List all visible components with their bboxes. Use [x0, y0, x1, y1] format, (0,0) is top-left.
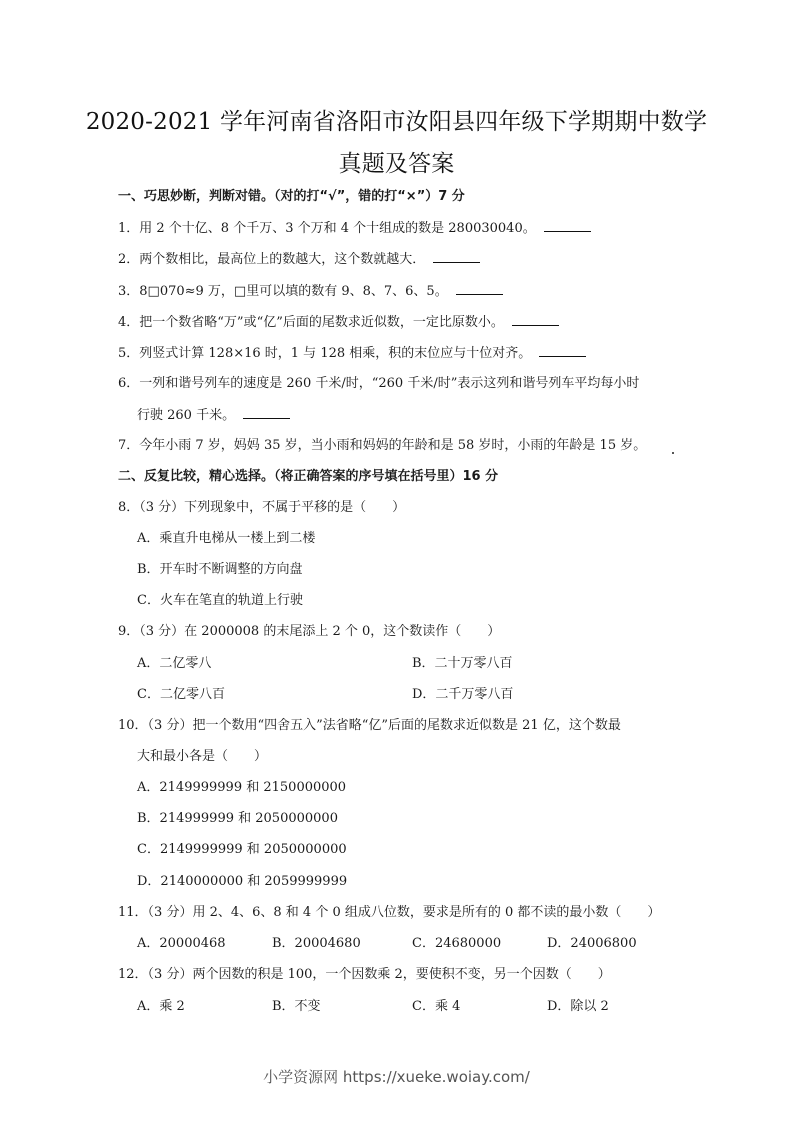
question-6: 6．一列和谐号列车的速度是 260 千米/时，“260 千米/时”表示这列和谐号…: [118, 375, 639, 393]
question-12: 12．（3 分）两个因数的积是 100，一个因数乘 2，要使积不变，另一个因数（…: [118, 966, 611, 984]
question-5-text: 5．列竖式计算 128×16 时，1 与 128 相乘，积的末位应与十位对齐。: [118, 346, 531, 361]
answer-blank-2[interactable]: [433, 250, 480, 263]
section-1-heading: 一、巧思妙断，判断对错。（对的打“√”，错的打“×”）7 分: [118, 188, 465, 206]
q10-option-a[interactable]: A．2149999999 和 2150000000: [137, 779, 346, 797]
question-4-text: 4．把一个数省略“万”或“亿”后面的尾数求近似数，一定比原数小。: [118, 315, 504, 330]
question-3: 3．8□070≈9 万，□里可以填的数有 9、8、7、6、5。: [118, 282, 503, 301]
footer-watermark: 小学资源网 https://xueke.woiay.com/: [0, 1066, 793, 1087]
q10-option-b[interactable]: B．214999999 和 2050000000: [137, 810, 338, 828]
question-6-cont: 行驶 260 千米。: [137, 406, 290, 425]
q9-option-b[interactable]: B．二十万零八百: [412, 655, 513, 673]
q11-option-b[interactable]: B．20004680: [272, 935, 361, 953]
q12-option-b[interactable]: B．不变: [272, 998, 321, 1016]
q10-option-d[interactable]: D．2140000000 和 2059999999: [137, 873, 347, 891]
answer-blank-3[interactable]: [456, 282, 503, 295]
q11-option-a[interactable]: A．20000468: [137, 935, 226, 953]
question-3-text: 3．8□070≈9 万，□里可以填的数有 9、8、7、6、5。: [118, 284, 448, 299]
q11-option-c[interactable]: C．24680000: [412, 935, 501, 953]
question-9: 9．（3 分）在 2000008 的末尾添上 2 个 0，这个数读作（ ）: [118, 623, 500, 641]
answer-blank-1[interactable]: [544, 219, 591, 232]
question-11: 11．（3 分）用 2、4、6、8 和 4 个 0 组成八位数，要求是所有的 0…: [118, 904, 660, 922]
section-2-heading: 二、反复比较，精心选择。（将正确答案的序号填在括号里）16 分: [118, 468, 498, 486]
question-7: 7．今年小雨 7 岁，妈妈 35 岁，当小雨和妈妈的年龄和是 58 岁时，小雨的…: [118, 437, 646, 455]
q11-option-d[interactable]: D．24006800: [547, 935, 637, 953]
title-line-2: 真题及答案: [0, 145, 793, 178]
question-6-cont-text: 行驶 260 千米。: [137, 408, 235, 423]
question-10-cont: 大和最小各是（ ）: [137, 748, 267, 766]
q12-option-d[interactable]: D．除以 2: [547, 998, 609, 1016]
question-10: 10．（3 分）把一个数用“四舍五入”法省略“亿”后面的尾数求近似数是 21 亿…: [118, 717, 621, 735]
q8-option-c[interactable]: C．火车在笔直的轨道上行驶: [137, 592, 303, 610]
answer-blank-6[interactable]: [243, 406, 290, 419]
question-1: 1．用 2 个十亿、8 个千万、3 个万和 4 个十组成的数是 28003004…: [118, 219, 591, 238]
q12-option-a[interactable]: A．乘 2: [137, 998, 185, 1016]
q12-option-c[interactable]: C．乘 4: [412, 998, 460, 1016]
q10-option-c[interactable]: C．2149999999 和 2050000000: [137, 841, 347, 859]
q8-option-b[interactable]: B．开车时不断调整的方向盘: [137, 561, 303, 579]
title-line-1: 2020-2021 学年河南省洛阳市汝阳县四年级下学期期中数学: [0, 103, 793, 136]
answer-blank-5[interactable]: [539, 344, 586, 357]
question-2: 2．两个数相比，最高位上的数越大，这个数就越大．: [118, 250, 480, 269]
q9-option-a[interactable]: A．二亿零八: [137, 655, 211, 673]
exam-page: 2020-2021 学年河南省洛阳市汝阳县四年级下学期期中数学 真题及答案 一、…: [0, 0, 793, 1122]
answer-blank-4[interactable]: [512, 313, 559, 326]
q9-option-c[interactable]: C．二亿零八百: [137, 686, 225, 704]
q9-option-d[interactable]: D．二千万零八百: [412, 686, 513, 704]
question-4: 4．把一个数省略“万”或“亿”后面的尾数求近似数，一定比原数小。: [118, 313, 559, 332]
question-2-text: 2．两个数相比，最高位上的数越大，这个数就越大．: [118, 252, 425, 267]
q8-option-a[interactable]: A．乘直升电梯从一楼上到二楼: [137, 530, 315, 548]
answer-mark-7: [672, 452, 674, 454]
question-5: 5．列竖式计算 128×16 时，1 与 128 相乘，积的末位应与十位对齐。: [118, 344, 586, 363]
question-8: 8．（3 分）下列现象中，不属于平移的是（ ）: [118, 499, 405, 517]
question-1-text: 1．用 2 个十亿、8 个千万、3 个万和 4 个十组成的数是 28003004…: [118, 221, 536, 236]
